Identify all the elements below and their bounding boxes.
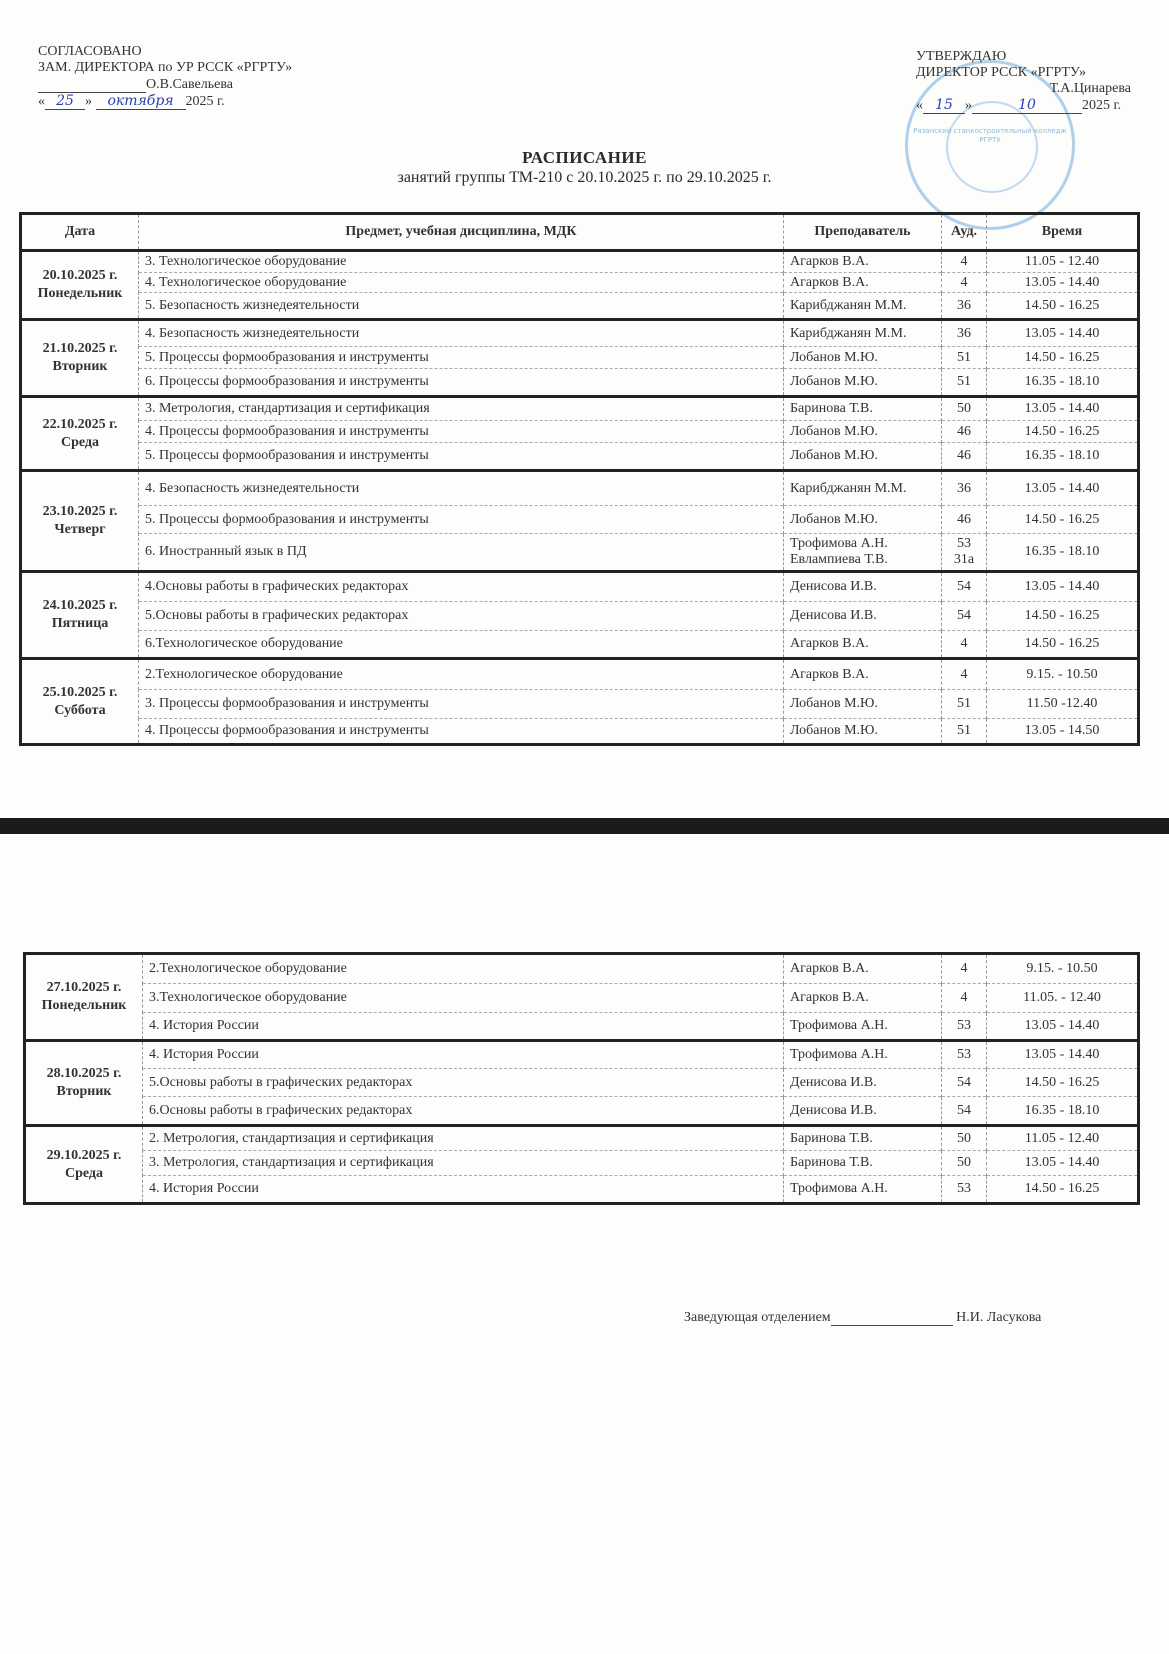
day-cell: 28.10.2025 г.Вторник <box>25 1041 143 1126</box>
lesson-teacher: Лобанов М.Ю. <box>784 506 942 534</box>
lesson-time: 16.35 - 18.10 <box>987 369 1139 397</box>
day-weekday: Пятница <box>28 615 132 633</box>
lesson-teacher: Баринова Т.В. <box>784 397 942 421</box>
approval-date-day: 25 <box>45 93 85 110</box>
lesson-room: 50 <box>942 1126 987 1151</box>
header-date: Дата <box>21 214 139 251</box>
lesson-subject: 4. История России <box>143 1176 784 1204</box>
approval-date-month: 10 <box>972 97 1082 114</box>
lesson-room: 53 31а <box>942 534 987 572</box>
lesson-teacher: Денисова И.В. <box>784 572 942 602</box>
lesson-subject: 4. Процессы формообразования и инструмен… <box>139 421 784 443</box>
schedule-table-page-2: 27.10.2025 г.Понедельник2.Технологическо… <box>23 952 1140 1205</box>
lesson-room: 36 <box>942 293 987 320</box>
table-row: 5. Процессы формообразования и инструмен… <box>21 443 1139 471</box>
table-row: 21.10.2025 г.Вторник4. Безопасность жизн… <box>21 320 1139 347</box>
lesson-room: 51 <box>942 347 987 369</box>
lesson-subject: 2. Метрология, стандартизация и сертифик… <box>143 1126 784 1151</box>
approval-date: «15»102025 г. <box>916 97 1131 114</box>
lesson-room: 46 <box>942 506 987 534</box>
approval-name: О.В.Савельева <box>146 77 233 92</box>
lesson-teacher: Трофимова А.Н. <box>784 1176 942 1204</box>
approval-date-year: 2025 г. <box>1082 98 1121 113</box>
lesson-subject: 5.Основы работы в графических редакторах <box>143 1069 784 1097</box>
lesson-room: 4 <box>942 984 987 1013</box>
approval-name: Т.А.Цинарева <box>916 81 1131 97</box>
lesson-room: 54 <box>942 1069 987 1097</box>
lesson-teacher: Агарков В.А. <box>784 631 942 659</box>
lesson-room: 53 <box>942 1041 987 1069</box>
lesson-teacher: Денисова И.В. <box>784 1097 942 1126</box>
approval-heading: УТВЕРЖДАЮ <box>916 49 1131 65</box>
document-title: РАСПИСАНИЕ <box>0 148 1169 168</box>
table-row: 4. История РоссииТрофимова А.Н.5314.50 -… <box>25 1176 1139 1204</box>
lesson-room: 51 <box>942 690 987 719</box>
lesson-room: 50 <box>942 1151 987 1176</box>
lesson-teacher: Карибджанян М.М. <box>784 471 942 506</box>
lesson-time: 14.50 - 16.25 <box>987 1176 1139 1204</box>
scan-page-divider <box>0 818 1169 834</box>
lesson-subject: 3.Технологическое оборудование <box>143 984 784 1013</box>
lesson-subject: 4. Безопасность жизнедеятельности <box>139 320 784 347</box>
lesson-teacher: Денисова И.В. <box>784 1069 942 1097</box>
header-time: Время <box>987 214 1139 251</box>
lesson-teacher: Лобанов М.Ю. <box>784 369 942 397</box>
day-weekday: Среда <box>32 1165 136 1183</box>
lesson-subject: 5. Процессы формообразования и инструмен… <box>139 443 784 471</box>
lesson-subject: 4. Процессы формообразования и инструмен… <box>139 719 784 745</box>
day-cell: 25.10.2025 г.Суббота <box>21 659 139 745</box>
lesson-time: 9.15. - 10.50 <box>987 954 1139 984</box>
day-date: 23.10.2025 г. <box>28 503 132 521</box>
lesson-subject: 5. Безопасность жизнедеятельности <box>139 293 784 320</box>
lesson-subject: 6. Иностранный язык в ПД <box>139 534 784 572</box>
day-date: 25.10.2025 г. <box>28 684 132 702</box>
lesson-subject: 4. Безопасность жизнедеятельности <box>139 471 784 506</box>
approval-position: ДИРЕКТОР РССК «РГРТУ» <box>916 65 1131 81</box>
lesson-time: 16.35 - 18.10 <box>987 534 1139 572</box>
day-weekday: Вторник <box>32 1083 136 1101</box>
lesson-time: 11.05. - 12.40 <box>987 984 1139 1013</box>
lesson-room: 51 <box>942 719 987 745</box>
table-row: 6.Технологическое оборудованиеАгарков В.… <box>21 631 1139 659</box>
table-row: 22.10.2025 г.Среда3. Метрология, стандар… <box>21 397 1139 421</box>
lesson-room: 4 <box>942 631 987 659</box>
table-row: 6. Иностранный язык в ПДТрофимова А.Н. Е… <box>21 534 1139 572</box>
lesson-teacher: Трофимова А.Н. <box>784 1041 942 1069</box>
lesson-teacher: Агарков В.А. <box>784 251 942 273</box>
table-row: 28.10.2025 г.Вторник4. История РоссииТро… <box>25 1041 1139 1069</box>
table-row: 5. Процессы формообразования и инструмен… <box>21 347 1139 369</box>
lesson-room: 46 <box>942 443 987 471</box>
lesson-subject: 4.Основы работы в графических редакторах <box>139 572 784 602</box>
lesson-room: 54 <box>942 572 987 602</box>
approval-signature-line: О.В.Савельева <box>38 76 292 93</box>
lesson-teacher: Трофимова А.Н. <box>784 1013 942 1041</box>
lesson-teacher: Лобанов М.Ю. <box>784 421 942 443</box>
day-cell: 27.10.2025 г.Понедельник <box>25 954 143 1041</box>
lesson-subject: 6.Технологическое оборудование <box>139 631 784 659</box>
day-date: 29.10.2025 г. <box>32 1147 136 1165</box>
lesson-time: 14.50 - 16.25 <box>987 293 1139 320</box>
lesson-teacher: Лобанов М.Ю. <box>784 347 942 369</box>
lesson-time: 13.05 - 14.40 <box>987 320 1139 347</box>
lesson-room: 36 <box>942 320 987 347</box>
approval-date-year: 2025 г. <box>186 94 225 109</box>
lesson-room: 50 <box>942 397 987 421</box>
day-cell: 21.10.2025 г.Вторник <box>21 320 139 397</box>
lesson-subject: 4. История России <box>143 1041 784 1069</box>
document-subtitle: занятий группы ТМ-210 с 20.10.2025 г. по… <box>0 169 1169 187</box>
lesson-subject: 4. История России <box>143 1013 784 1041</box>
lesson-teacher: Лобанов М.Ю. <box>784 690 942 719</box>
lesson-time: 13.05 - 14.40 <box>987 273 1139 293</box>
lesson-subject: 3. Метрология, стандартизация и сертифик… <box>143 1151 784 1176</box>
approval-position: ЗАМ. ДИРЕКТОРА по УР РССК «РГРТУ» <box>38 60 292 76</box>
lesson-time: 14.50 - 16.25 <box>987 347 1139 369</box>
schedule-table-page-1: Дата Предмет, учебная дисциплина, МДК Пр… <box>19 212 1140 746</box>
table-row: 4. Процессы формообразования и инструмен… <box>21 421 1139 443</box>
day-date: 27.10.2025 г. <box>32 979 136 997</box>
lesson-time: 13.05 - 14.40 <box>987 471 1139 506</box>
footer-label: Заведующая отделением <box>684 1310 831 1325</box>
approval-heading: СОГЛАСОВАНО <box>38 44 292 60</box>
lesson-time: 14.50 - 16.25 <box>987 506 1139 534</box>
lesson-time: 13.05 - 14.40 <box>987 1151 1139 1176</box>
table-row: 5.Основы работы в графических редакторах… <box>25 1069 1139 1097</box>
table-row: 4. Процессы формообразования и инструмен… <box>21 719 1139 745</box>
lesson-subject: 5. Процессы формообразования и инструмен… <box>139 506 784 534</box>
table-row: 6.Основы работы в графических редакторах… <box>25 1097 1139 1126</box>
lesson-subject: 5.Основы работы в графических редакторах <box>139 602 784 631</box>
day-weekday: Вторник <box>28 358 132 376</box>
day-date: 24.10.2025 г. <box>28 597 132 615</box>
lesson-room: 54 <box>942 602 987 631</box>
lesson-room: 46 <box>942 421 987 443</box>
day-weekday: Понедельник <box>32 997 136 1015</box>
lesson-time: 13.05 - 14.40 <box>987 1041 1139 1069</box>
approval-date: «25» октября2025 г. <box>38 93 292 110</box>
lesson-teacher: Агарков В.А. <box>784 984 942 1013</box>
day-cell: 29.10.2025 г.Среда <box>25 1126 143 1204</box>
day-weekday: Понедельник <box>28 285 132 303</box>
table-row: 29.10.2025 г.Среда2. Метрология, стандар… <box>25 1126 1139 1151</box>
lesson-teacher: Баринова Т.В. <box>784 1126 942 1151</box>
day-cell: 23.10.2025 г.Четверг <box>21 471 139 572</box>
approval-date-month: октября <box>96 93 186 110</box>
lesson-time: 14.50 - 16.25 <box>987 631 1139 659</box>
lesson-subject: 2.Технологическое оборудование <box>139 659 784 690</box>
footer-name: Н.И. Ласукова <box>956 1310 1041 1325</box>
lesson-teacher: Баринова Т.В. <box>784 1151 942 1176</box>
table-header-row: Дата Предмет, учебная дисциплина, МДК Пр… <box>21 214 1139 251</box>
footer-signature: Заведующая отделением Н.И. Ласукова <box>684 1310 1041 1326</box>
lesson-teacher: Лобанов М.Ю. <box>784 719 942 745</box>
day-date: 22.10.2025 г. <box>28 416 132 434</box>
lesson-room: 53 <box>942 1176 987 1204</box>
lesson-teacher: Денисова И.В. <box>784 602 942 631</box>
day-weekday: Среда <box>28 434 132 452</box>
lesson-time: 13.05 - 14.40 <box>987 1013 1139 1041</box>
lesson-time: 9.15. - 10.50 <box>987 659 1139 690</box>
lesson-teacher: Агарков В.А. <box>784 954 942 984</box>
lesson-room: 4 <box>942 251 987 273</box>
table-row: 27.10.2025 г.Понедельник2.Технологическо… <box>25 954 1139 984</box>
lesson-room: 4 <box>942 659 987 690</box>
lesson-room: 54 <box>942 1097 987 1126</box>
lesson-subject: 4. Технологическое оборудование <box>139 273 784 293</box>
header-subject: Предмет, учебная дисциплина, МДК <box>139 214 784 251</box>
lesson-time: 16.35 - 18.10 <box>987 1097 1139 1126</box>
lesson-teacher: Агарков В.А. <box>784 273 942 293</box>
day-cell: 24.10.2025 г.Пятница <box>21 572 139 659</box>
table-row: 3.Технологическое оборудованиеАгарков В.… <box>25 984 1139 1013</box>
lesson-teacher: Агарков В.А. <box>784 659 942 690</box>
approval-date-day: 15 <box>923 97 965 114</box>
table-row: 3. Метрология, стандартизация и сертифик… <box>25 1151 1139 1176</box>
lesson-teacher: Трофимова А.Н. Евлампиева Т.В. <box>784 534 942 572</box>
lesson-time: 13.05 - 14.50 <box>987 719 1139 745</box>
table-row: 23.10.2025 г.Четверг4. Безопасность жизн… <box>21 471 1139 506</box>
lesson-subject: 6.Основы работы в графических редакторах <box>143 1097 784 1126</box>
lesson-room: 4 <box>942 954 987 984</box>
table-row: 20.10.2025 г.Понедельник3. Технологическ… <box>21 251 1139 273</box>
day-date: 20.10.2025 г. <box>28 267 132 285</box>
lesson-time: 11.05 - 12.40 <box>987 251 1139 273</box>
schedule-body: 20.10.2025 г.Понедельник3. Технологическ… <box>21 251 1139 745</box>
table-row: 5.Основы работы в графических редакторах… <box>21 602 1139 631</box>
lesson-teacher: Карибджанян М.М. <box>784 293 942 320</box>
lesson-time: 11.50 -12.40 <box>987 690 1139 719</box>
lesson-room: 36 <box>942 471 987 506</box>
lesson-time: 11.05 - 12.40 <box>987 1126 1139 1151</box>
header-room: Ауд. <box>942 214 987 251</box>
lesson-teacher: Лобанов М.Ю. <box>784 443 942 471</box>
day-weekday: Суббота <box>28 702 132 720</box>
lesson-subject: 3. Метрология, стандартизация и сертифик… <box>139 397 784 421</box>
approval-block-left: СОГЛАСОВАНО ЗАМ. ДИРЕКТОРА по УР РССК «Р… <box>38 44 292 110</box>
day-date: 28.10.2025 г. <box>32 1065 136 1083</box>
table-row: 4. История РоссииТрофимова А.Н.5313.05 -… <box>25 1013 1139 1041</box>
lesson-subject: 6. Процессы формообразования и инструмен… <box>139 369 784 397</box>
day-cell: 22.10.2025 г.Среда <box>21 397 139 471</box>
lesson-time: 14.50 - 16.25 <box>987 1069 1139 1097</box>
table-row: 6. Процессы формообразования и инструмен… <box>21 369 1139 397</box>
table-row: 5. Процессы формообразования и инструмен… <box>21 506 1139 534</box>
lesson-subject: 2.Технологическое оборудование <box>143 954 784 984</box>
approval-block-right: УТВЕРЖДАЮ ДИРЕКТОР РССК «РГРТУ» Т.А.Цина… <box>916 49 1131 114</box>
signature-icon <box>831 1311 953 1326</box>
lesson-time: 16.35 - 18.10 <box>987 443 1139 471</box>
lesson-teacher: Карибджанян М.М. <box>784 320 942 347</box>
lesson-subject: 3. Технологическое оборудование <box>139 251 784 273</box>
table-row: 25.10.2025 г.Суббота2.Технологическое об… <box>21 659 1139 690</box>
lesson-time: 13.05 - 14.40 <box>987 572 1139 602</box>
lesson-room: 51 <box>942 369 987 397</box>
lesson-room: 4 <box>942 273 987 293</box>
day-weekday: Четверг <box>28 521 132 539</box>
table-row: 4. Технологическое оборудованиеАгарков В… <box>21 273 1139 293</box>
lesson-subject: 5. Процессы формообразования и инструмен… <box>139 347 784 369</box>
lesson-room: 53 <box>942 1013 987 1041</box>
header-teacher: Преподаватель <box>784 214 942 251</box>
signature-icon <box>38 76 146 93</box>
lesson-time: 14.50 - 16.25 <box>987 421 1139 443</box>
table-row: 5. Безопасность жизнедеятельностиКарибдж… <box>21 293 1139 320</box>
table-row: 3. Процессы формообразования и инструмен… <box>21 690 1139 719</box>
stamp-text: Рязанский станкостроительный колледж РГР… <box>908 127 1072 145</box>
table-row: 24.10.2025 г.Пятница4.Основы работы в гр… <box>21 572 1139 602</box>
day-date: 21.10.2025 г. <box>28 340 132 358</box>
lesson-subject: 3. Процессы формообразования и инструмен… <box>139 690 784 719</box>
lesson-time: 13.05 - 14.40 <box>987 397 1139 421</box>
lesson-time: 14.50 - 16.25 <box>987 602 1139 631</box>
day-cell: 20.10.2025 г.Понедельник <box>21 251 139 320</box>
schedule-body: 27.10.2025 г.Понедельник2.Технологическо… <box>25 954 1139 1204</box>
